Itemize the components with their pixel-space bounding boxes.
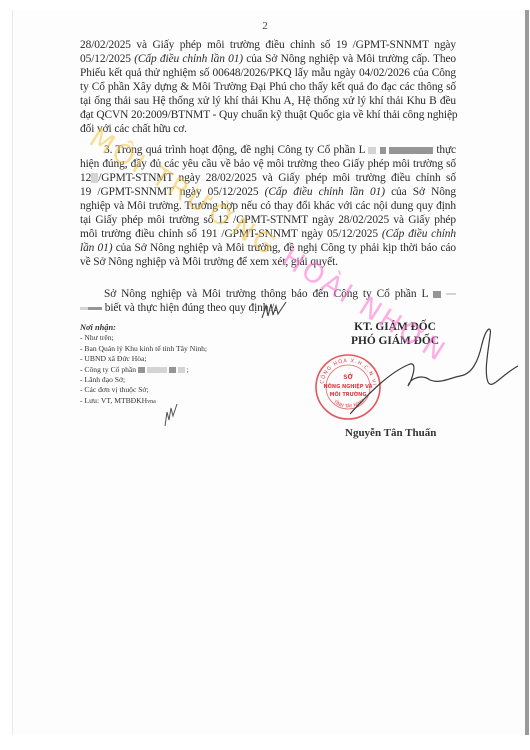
recipient-item: - Như trên;: [80, 333, 207, 343]
paragraph-permit-results: 28/02/2025 và Giấy phép môi trường điều …: [80, 38, 456, 136]
text-line: tại Giấy phép môi trường số 12 /GPMT-STN…: [80, 213, 456, 227]
page-number: 2: [0, 20, 530, 32]
text-line: Phiếu kết quả thử nghiệm số 00648/2026/P…: [80, 66, 456, 80]
text-line: 28/02/2025 và Giấy phép môi trường điều …: [80, 38, 456, 52]
redacted-text: [380, 147, 386, 154]
redacted-text: [446, 293, 456, 295]
redacted-text: [389, 147, 433, 154]
redacted-text: [433, 291, 441, 298]
recipients-heading: Nơi nhận:: [80, 323, 207, 333]
text-line: Sở Nông nghiệp và Môi trường thông báo đ…: [80, 287, 456, 301]
signer-name: Nguyễn Tân Thuấn: [345, 427, 436, 439]
redacted-text: [91, 173, 98, 183]
recipient-item: - UBND xã Đức Hòa;: [80, 354, 207, 364]
recipient-item: - Lãnh đạo Sở;: [80, 375, 207, 385]
recipient-item: - Ban Quản lý Khu kinh tế tỉnh Tây Ninh;: [80, 344, 207, 354]
recipient-item: - Công ty Cổ phần ;: [80, 365, 207, 375]
recipient-item: - Lưu: VT, MTBĐKHvna: [80, 396, 207, 407]
initials-mark-icon: [162, 402, 178, 428]
redacted-text: [368, 147, 376, 154]
initials-mark-icon: [260, 300, 288, 322]
redacted-text: [80, 307, 88, 310]
text-line: nghiệp và Môi trường. Trường hợp nếu có …: [80, 199, 456, 213]
redacted-text: [178, 367, 185, 373]
text-line: ty Cổ phần Xây dựng & Môi Trường Đại Phú…: [80, 80, 456, 94]
recipients-list: Nơi nhận: - Như trên; - Ban Quản lý Khu …: [80, 323, 207, 407]
text-line: tại ống thải sau Hệ thống xử lý khí thải…: [80, 94, 456, 108]
text-line: đạt QCVN 20:2009/BTNMT - Quy chuẩn kỹ th…: [80, 108, 456, 122]
redacted-text: [138, 367, 145, 373]
redacted-text: [169, 367, 176, 373]
redacted-text: [147, 367, 167, 373]
recipient-item: - Các đơn vị thuộc Sở;: [80, 385, 207, 395]
text-line: đối với các chất hữu cơ.: [80, 122, 456, 136]
text-line: 05/12/2025 (Cấp điều chỉnh lần 01) của S…: [80, 52, 456, 66]
text-line: 19 /GPMT-SNNMT ngày 05/12/2025 (Cấp điều…: [80, 185, 456, 199]
redacted-text: [88, 307, 102, 310]
